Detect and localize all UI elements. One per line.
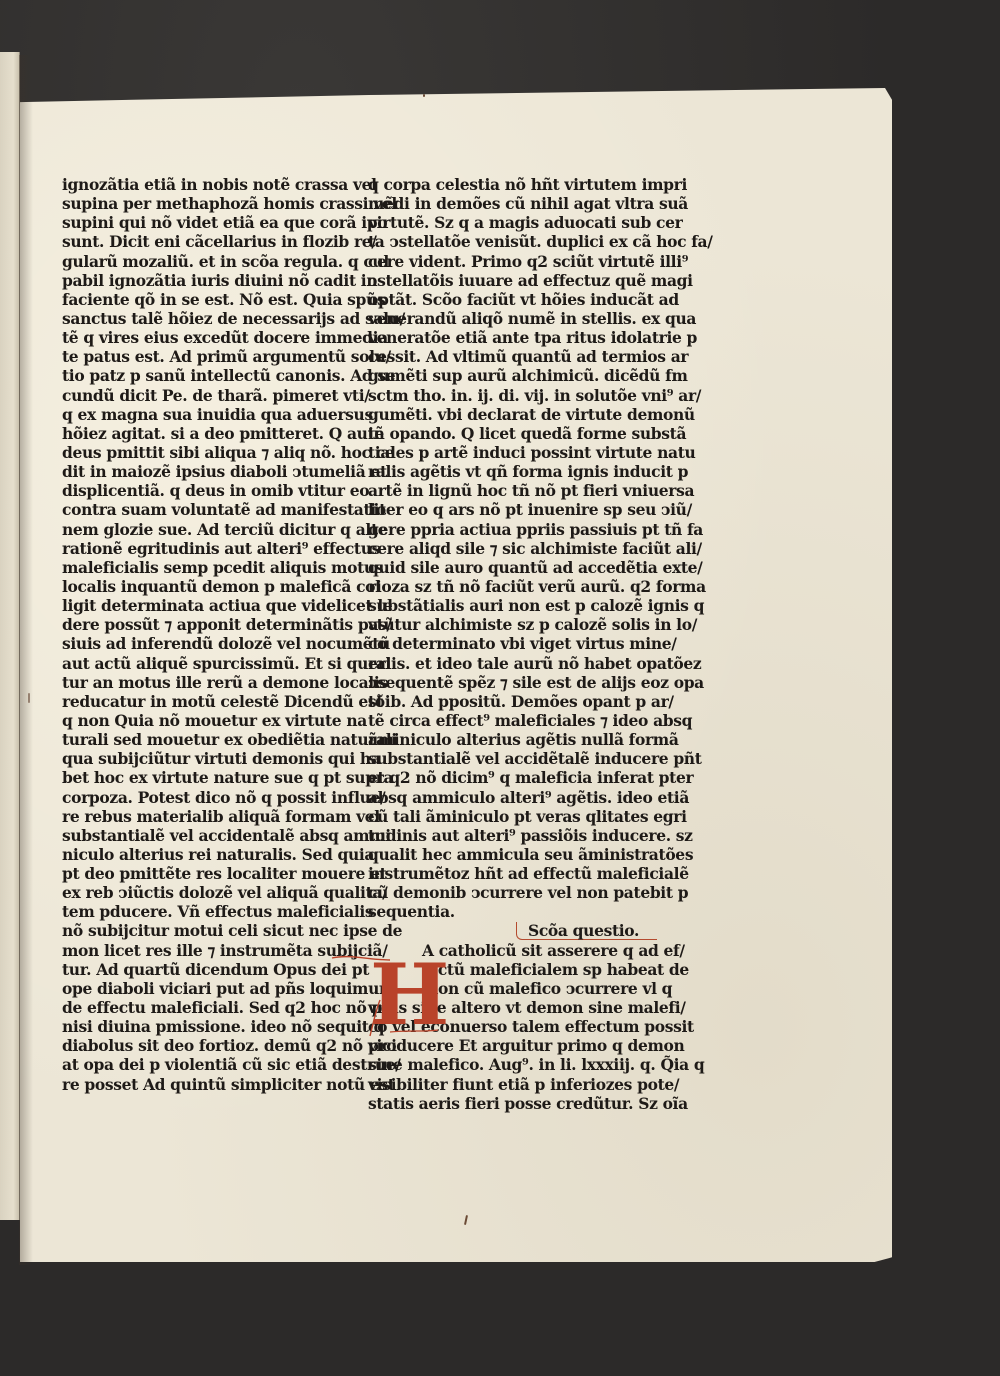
- text-line: visibiliter fiunt etiã p inferiozes pote…: [368, 1075, 662, 1094]
- text-line: sine malefico. Aug⁹. in li. lxxxiij. q. …: [368, 1055, 662, 1074]
- text-line: tio patz p sanũ intellectũ canonis. Ad s…: [62, 366, 358, 385]
- text-line: ↄsequentẽ spẽz ⁊ sile est de alijs eoz o…: [368, 673, 662, 692]
- text-line: sequentia.: [368, 902, 662, 921]
- text-line: liter eo q ars nõ pt inuenire sp seu ↄiũ…: [368, 500, 662, 519]
- text-line: at opa dei p violentiã cũ sic etiã destr…: [62, 1055, 358, 1074]
- text-line: corpoza. Potest dico nõ q possit influe/: [62, 788, 358, 807]
- text-line: substantialẽ vel accidentalẽ absq ammi: [62, 826, 358, 845]
- text-line: ãminiculo alterius agẽtis nullã formã: [368, 730, 662, 749]
- text-line: ta ↄstellatõe venisũt. duplici ex cã hoc…: [368, 232, 662, 251]
- text-line: substãtialis auri non est p calozẽ ignis…: [368, 596, 662, 615]
- text-line: cere vident. Primo q2 sciũt virtutẽ illi…: [368, 252, 662, 271]
- text-line: faciente qõ in se est. Nõ est. Quia spũs: [62, 290, 358, 309]
- text-line: gere ppria actiua ppriis passiuis pt tñ …: [368, 520, 662, 539]
- text-line: q non Quia nõ mouetur ex virtute na: [62, 711, 358, 730]
- text-line: displicentiã. q deus in omib vtitur eo: [62, 481, 358, 500]
- text-line: re rebus materialib aliquã formam vel: [62, 807, 358, 826]
- text-line: bet hoc ex virtute nature sue q pt supra: [62, 768, 358, 787]
- text-line: ralis agẽtis vt qñ forma ignis inducit p: [368, 462, 662, 481]
- text-line: pt deo pmittẽte res localiter mouere et: [62, 864, 358, 883]
- text-line: tẽ q vires eius excedũt docere immedia: [62, 328, 358, 347]
- text-line: localis inquantũ demon p maleficã col: [62, 577, 358, 596]
- text-line: sunt. Dicit eni cãcellarius in flozib re…: [62, 232, 358, 251]
- text-line: in opando. Q licet quedã forme substã: [368, 424, 662, 443]
- text-line: cũ tali ãminiculo pt veras qlitates egri: [368, 807, 662, 826]
- section-heading: Scõa questio.: [528, 921, 639, 940]
- text-line: hõiez agitat. si a deo pmitteret. Q autẽ: [62, 424, 358, 443]
- text-line: re posset Ad quintũ simpliciter notũ est: [62, 1075, 358, 1094]
- text-line: vtũtur alchimiste sz p calozẽ solis in l…: [368, 615, 662, 634]
- text-line: diabolus sit deo fortioz. demũ q2 nõ vic…: [62, 1036, 358, 1055]
- text-line: tẽ circa effect⁹ maleficiales ⁊ ideo abs…: [368, 711, 662, 730]
- text-line: niculo alterius rei naturalis. Sed quia: [62, 845, 358, 864]
- text-line: ↄstellatõis iuuare ad effectuz quẽ magi: [368, 271, 662, 290]
- text-line: q corpa celestia nõ hñt virtutem impri: [368, 175, 662, 194]
- text-line: cũ demonib ↄcurrere vel non patebit p: [368, 883, 662, 902]
- text-line: mẽdi in demões cũ nihil agat vltra suã: [368, 194, 662, 213]
- text-line: tõib. Ad ppositũ. Demões opant p ar/: [368, 692, 662, 711]
- text-line: contra suam voluntatẽ ad manifestatio: [62, 500, 358, 519]
- text-line: tiales p artẽ induci possint virtute nat…: [368, 443, 662, 462]
- text-line: nisi diuina pmissione. ideo nõ sequit q: [62, 1017, 358, 1036]
- text-line: pabil ignozãtia iuris diuini nõ cadit in: [62, 271, 358, 290]
- text-line: venerandũ aliqõ numẽ in stellis. ex qua: [368, 309, 662, 328]
- text-line: tur an motus ille rerũ a demone localis: [62, 673, 358, 692]
- text-line: qualit hec ammicula seu ãministratões: [368, 845, 662, 864]
- text-line: absq ammiculo alteri⁹ agẽtis. ideo etiã: [368, 788, 662, 807]
- text-line: ralis. et ideo tale aurũ nõ habet opatõe…: [368, 654, 662, 673]
- text-line: mon licet res ille ⁊ instrumẽta subijciã…: [62, 941, 358, 960]
- text-line: rationẽ egritudinis aut alteri⁹ effectus: [62, 539, 358, 558]
- text-line: ligit determinata actiua que videlicet l…: [62, 596, 358, 615]
- paper-speck: [464, 1215, 468, 1225]
- text-line: q ex magna sua inuidia qua aduersus: [62, 405, 358, 424]
- text-line: gumẽti. vbi declarat de virtute demonũ: [368, 405, 662, 424]
- text-line: artẽ in lignũ hoc tñ nõ pt fieri vniuers…: [368, 481, 662, 500]
- text-line: supina per methaphozã homis crassi vel: [62, 194, 358, 213]
- text-line: cundũ dicit Pe. de tharã. pimeret vti/: [62, 386, 358, 405]
- text-line: tudinis aut alteri⁹ passiõis inducere. s…: [368, 826, 662, 845]
- text-line: co determinato vbi viget virtus mine/: [368, 634, 662, 653]
- text-line: nõ subijcitur motui celi sicut nec ipse …: [62, 921, 358, 940]
- text-line: statis aeris fieri posse credũtur. Sz oĩ…: [368, 1094, 662, 1113]
- text-line: instrumẽtoz hñt ad effectũ maleficialẽ: [368, 864, 662, 883]
- text-line: siuis ad inferendũ dolozẽ vel nocumẽtũ: [62, 634, 358, 653]
- text-line: virtutẽ. Sz q a magis aduocati sub cer: [368, 213, 662, 232]
- text-line: nem glozie sue. Ad terciũ dicitur q alte: [62, 520, 358, 539]
- left-text-column: ignozãtia etiã in nobis notẽ crassa vels…: [62, 175, 358, 1094]
- text-line: turali sed mouetur ex obediẽtia naturali: [62, 730, 358, 749]
- text-line: sanctus talẽ hõiez de necessarijs ad sal…: [62, 309, 358, 328]
- text-line: substantialẽ vel accidẽtalẽ inducere pñt: [368, 749, 662, 768]
- text-line: supini qui nõ videt etiã ea que corã ipo: [62, 213, 358, 232]
- text-line: ope diaboli viciari put ad pñs loquimur: [62, 979, 358, 998]
- text-line: ignozãtia etiã in nobis notẽ crassa vel: [62, 175, 358, 194]
- right-column-body: q corpa celestia nõ hñt virtutem imprimẽ…: [368, 175, 662, 921]
- text-line: maleficialis semp pcedit aliquis motus: [62, 558, 358, 577]
- text-line: gularũ mozaliũ. et in scõa regula. q cul: [62, 252, 358, 271]
- text-line: ex reb ↄiũctis dolozẽ vel aliquã qualita…: [62, 883, 358, 902]
- paper-speck: [423, 94, 425, 97]
- text-line: sctm tho. in. ij. di. vij. in solutõe vn…: [368, 386, 662, 405]
- text-line: de effectu maleficiali. Sed q2 hoc nõ pt: [62, 998, 358, 1017]
- text-line: dere possũt ⁊ apponit determinãtis pas/: [62, 615, 358, 634]
- gutter-shadow: [19, 55, 33, 1265]
- red-initial-letter: H: [370, 957, 420, 1033]
- facing-page-edge: [0, 52, 20, 1220]
- text-line: cere aliqd sile ⁊ sic alchimiste faciũt …: [368, 539, 662, 558]
- text-line: quid sile auro quantũ ad accedẽtia exte/: [368, 558, 662, 577]
- text-line: te patus est. Ad primũ argumentũ solu/: [62, 347, 358, 366]
- text-line: reducatur in motũ celestẽ Dicendũ est: [62, 692, 358, 711]
- text-line: cessit. Ad vltimũ quantũ ad termios ar: [368, 347, 662, 366]
- text-line: tem pducere. Vñ effectus maleficialis: [62, 902, 358, 921]
- text-line: dit in maiozẽ ipsius diaboli ↄtumeliã et: [62, 462, 358, 481]
- text-line: optãt. Scõo faciũt vt hõies inducãt ad: [368, 290, 662, 309]
- text-line: veneratõe etiã ante tpa ritus idolatrie …: [368, 328, 662, 347]
- text-line: aut actũ aliquẽ spurcissimũ. Et si queri: [62, 654, 358, 673]
- section-heading-line: Scõa questio.: [368, 921, 662, 940]
- text-line: tur. Ad quartũ dicendum Opus dei pt: [62, 960, 358, 979]
- text-line: et q2 nõ dicim⁹ q maleficia inferat pter: [368, 768, 662, 787]
- text-line: rioza sz tñ nõ faciũt verũ aurũ. q2 form…: [368, 577, 662, 596]
- text-line: qua subijciũtur virtuti demonis qui ha: [62, 749, 358, 768]
- text-line: gumẽti sup aurũ alchimicũ. dicẽdũ fm: [368, 366, 662, 385]
- text-line: deus pmittit sibi aliqua ⁊ aliq nõ. hoc …: [62, 443, 358, 462]
